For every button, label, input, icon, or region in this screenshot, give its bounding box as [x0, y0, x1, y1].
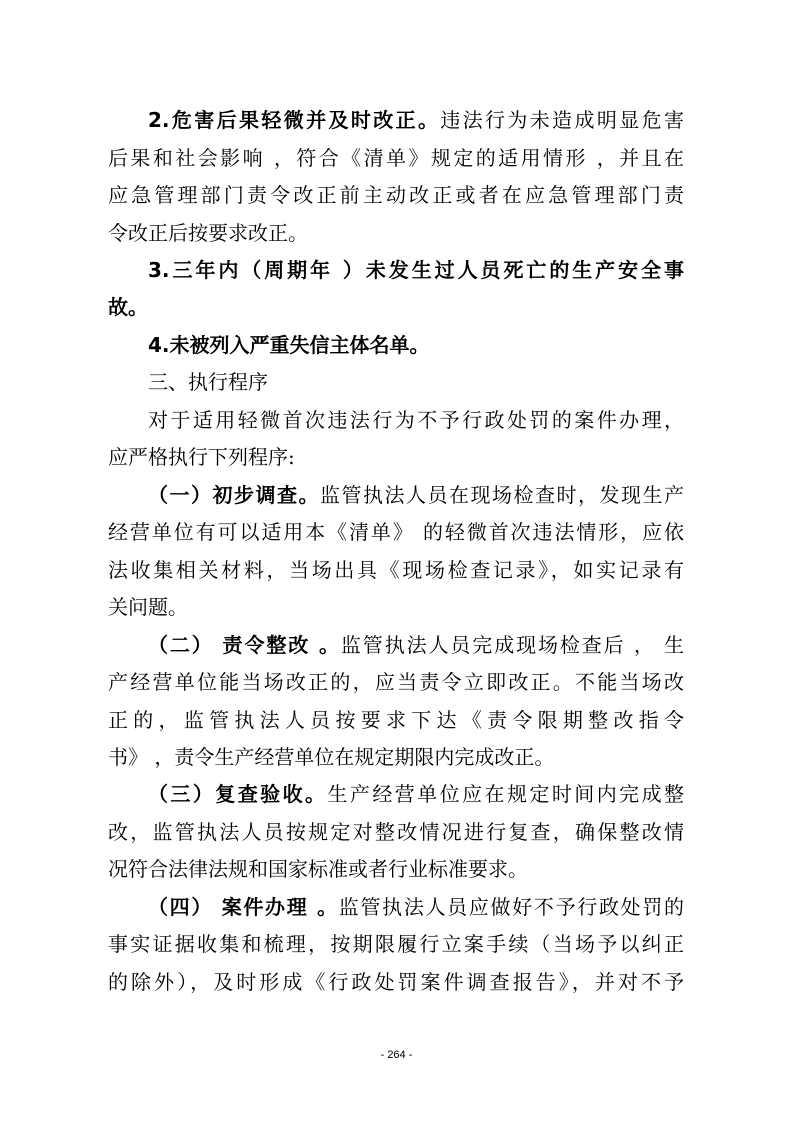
text-line: 法收集相关材料，当场出具《现场检查记录》，如实记录有 [108, 555, 684, 585]
text-line: （三）复查验收。生产经营单位应在规定时间内完成整 [148, 779, 684, 809]
text-line: 4.未被列入严重失信主体名单。 [148, 330, 684, 360]
body-text: 事实证据收集和梳理，按期限履行立案手续（当场予以纠正 [108, 932, 684, 956]
text-line: 改，监管执法人员按规定对整改情况进行复查，确保整改情 [108, 817, 684, 847]
text-line: （二） 责令整改 。监管执法人员完成现场检查后 ， 生 [148, 630, 684, 660]
body-text: 对于适用轻微首次违法行为不予行政处罚的案件办理， [148, 408, 684, 432]
text-line: 产经营单位能当场改正的，应当责令立即改正。不能当场改 [108, 667, 684, 697]
body-text: 生产经营单位应在规定时间内完成整 [327, 782, 684, 806]
text-line: 2.危害后果轻微并及时改正。违法行为未造成明显危害 [148, 105, 684, 135]
body-text: 法收集相关材料，当场出具《现场检查记录》，如实记录有 [108, 558, 684, 582]
bold-heading: 故。 [108, 295, 148, 319]
body-text: 三、执行程序 [148, 370, 268, 394]
body-text: 况符合法律法规和国家标准或者行业标准要求。 [108, 857, 528, 881]
body-text: 令改正后按要求改正。 [108, 221, 308, 245]
body-text: 产经营单位能当场改正的，应当责令立即改正。不能当场改 [108, 670, 684, 694]
text-line: 应严格执行下列程序: [108, 442, 684, 472]
text-line: 应急管理部门责令改正前主动改正或者在应急管理部门责 [108, 180, 684, 210]
bold-heading: （四） 案件办理 。 [148, 895, 339, 919]
text-line: （四） 案件办理 。监管执法人员应做好不予行政处罚的 [148, 892, 684, 922]
text-line: 正的，监管执法人员按要求下达《责令限期整改指令 [108, 705, 684, 735]
text-line: 书》 ，责令生产经营单位在规定期限内完成改正。 [108, 742, 684, 772]
text-line: 况符合法律法规和国家标准或者行业标准要求。 [108, 854, 684, 884]
text-line: 关问题。 [108, 592, 684, 622]
text-line: 经营单位有可以适用本《清单》 的轻微首次违法情形，应依 [108, 517, 684, 547]
body-text: 改，监管执法人员按规定对整改情况进行复查，确保整改情 [108, 820, 684, 844]
text-line: 三、执行程序 [148, 367, 684, 397]
bold-heading: （一）初步调查。 [148, 483, 320, 507]
bold-heading: （三）复查验收。 [148, 782, 327, 806]
text-line: 3.三年内（周期年 ）未发生过人员死亡的生产安全事 [148, 255, 684, 285]
text-line: 的除外），及时形成《行政处罚案件调查报告》，并对不予 [108, 967, 684, 997]
text-line: 令改正后按要求改正。 [108, 218, 684, 248]
body-text: 违法行为未造成明显危害 [440, 108, 684, 132]
body-text: 监管执法人员应做好不予行政处罚的 [339, 895, 684, 919]
bold-heading: 4.未被列入严重失信主体名单。 [148, 333, 430, 357]
body-text: 经营单位有可以适用本《清单》 的轻微首次违法情形，应依 [108, 520, 684, 544]
body-text: 应急管理部门责令改正前主动改正或者在应急管理部门责 [108, 183, 684, 207]
bold-heading: （二） 责令整改 。 [148, 633, 341, 657]
body-text: 监管执法人员完成现场检查后 ， 生 [341, 633, 684, 657]
body-text: 正的，监管执法人员按要求下达《责令限期整改指令 [108, 708, 684, 732]
body-text: 监管执法人员在现场检查时，发现生产 [320, 483, 684, 507]
text-line: （一）初步调查。监管执法人员在现场检查时，发现生产 [148, 480, 684, 510]
body-text: 后果和社会影响 ，符合《清单》规定的适用情形 ，并且在 [108, 146, 684, 170]
bold-heading: 3.三年内（周期年 ）未发生过人员死亡的生产安全事 [148, 258, 684, 282]
text-line: 故。 [108, 292, 684, 322]
body-text: 关问题。 [108, 595, 188, 619]
body-text: 书》 ，责令生产经营单位在规定期限内完成改正。 [108, 745, 554, 769]
body-text: 应严格执行下列程序: [108, 445, 295, 469]
body-text: 的除外），及时形成《行政处罚案件调查报告》，并对不予 [108, 970, 684, 994]
text-line: 对于适用轻微首次违法行为不予行政处罚的案件办理， [148, 405, 684, 435]
text-line: 事实证据收集和梳理，按期限履行立案手续（当场予以纠正 [108, 929, 684, 959]
bold-heading: 2.危害后果轻微并及时改正。 [148, 108, 440, 132]
text-line: 后果和社会影响 ，符合《清单》规定的适用情形 ，并且在 [108, 143, 684, 173]
page-number: - 264 - [0, 1049, 793, 1061]
document-page: 2.危害后果轻微并及时改正。违法行为未造成明显危害后果和社会影响 ，符合《清单》… [0, 0, 793, 1122]
